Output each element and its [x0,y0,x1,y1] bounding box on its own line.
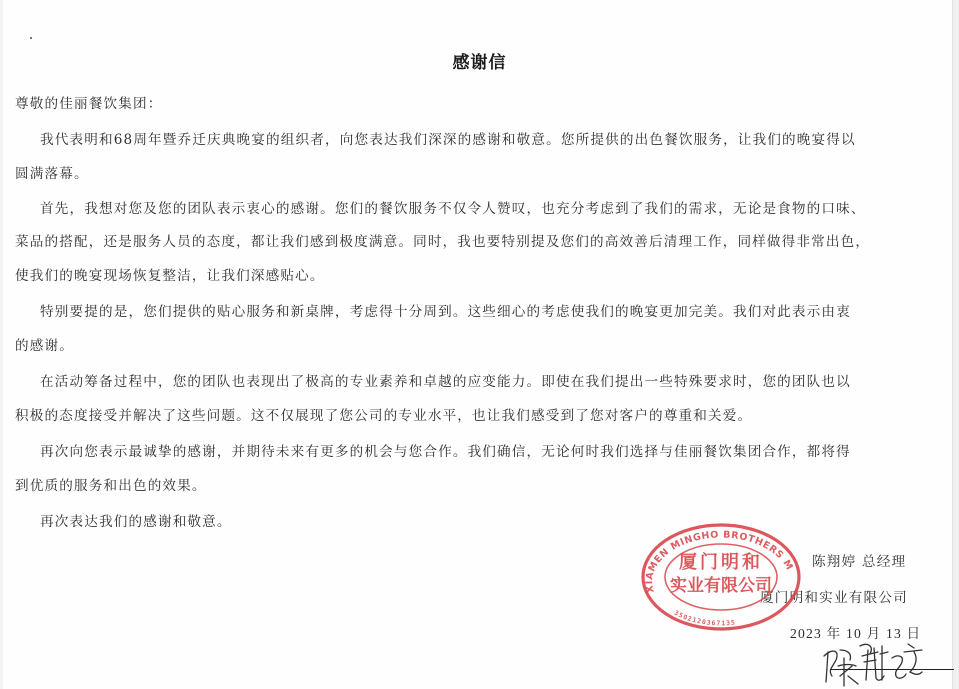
paragraph-5-line-1: 再次向您表示最诚挚的感谢，并期待未来有更多的机会与您合作。我们确信，无论何时我们… [40,440,851,460]
paragraph-3-line-1: 特别要提的是，您们提供的贴心服务和新桌牌，考虑得十分周到。这些细心的考虑使我们的… [40,300,851,320]
paragraph-3-line-2: 的感谢。 [15,334,74,354]
scan-edge-right [952,0,959,689]
scan-edge-left [0,0,3,689]
letter-page: 感谢信 尊敬的佳丽餐饮集团： 我代表明和68周年暨乔迁庆典晚宴的组织者，向您表达… [0,0,959,689]
seal-inner-line-2: 实业有限公司 [670,575,772,596]
paragraph-1-line-2: 圆满落幕。 [15,162,89,182]
paragraph-4-line-1: 在活动筹备过程中，您的团队也表现出了极高的专业素养和卓越的应变能力。即使在我们提… [40,370,851,390]
paragraph-1-line-1: 我代表明和68周年暨乔迁庆典晚宴的组织者，向您表达我们深深的感谢和敬意。您所提供… [40,128,856,148]
paragraph-2-line-1: 首先，我想对您及您的团队表示衷心的感谢。您们的餐饮服务不仅令人赞叹，也充分考虑到… [40,197,866,217]
signatory-name-title: 陈翔婷 总经理 [812,550,906,570]
scan-speck [30,37,32,39]
svg-text:3502120367135: 3502120367135 [673,609,736,628]
paragraph-2-line-3: 使我们的晚宴现场恢复整洁，让我们深感贴心。 [15,264,325,284]
salutation: 尊敬的佳丽餐饮集团： [15,92,162,112]
paragraph-5-line-2: 到优质的服务和出色的效果。 [15,474,207,494]
letter-title: 感谢信 [0,48,959,73]
paragraph-4-line-2: 积极的态度接受并解决了这些问题。这不仅展现了您公司的专业水平，也让我们感受到了您… [15,404,752,424]
handwritten-signature [818,636,928,689]
seal-number: 3502120367135 [673,609,736,628]
seal-inner-line-1: 厦门明和 [679,551,763,573]
paragraph-2-line-2: 菜品的搭配，还是服务人员的态度，都让我们感到极度满意。同时，我也要特别提及您们的… [15,230,870,250]
company-seal-stamp: XIAMEN MINGHO BROTHERS MFG CO.,LTD 厦门明和 … [640,522,802,632]
signature-rule [830,669,954,670]
paragraph-6-line-1: 再次表达我们的感谢和敬意。 [40,510,232,530]
